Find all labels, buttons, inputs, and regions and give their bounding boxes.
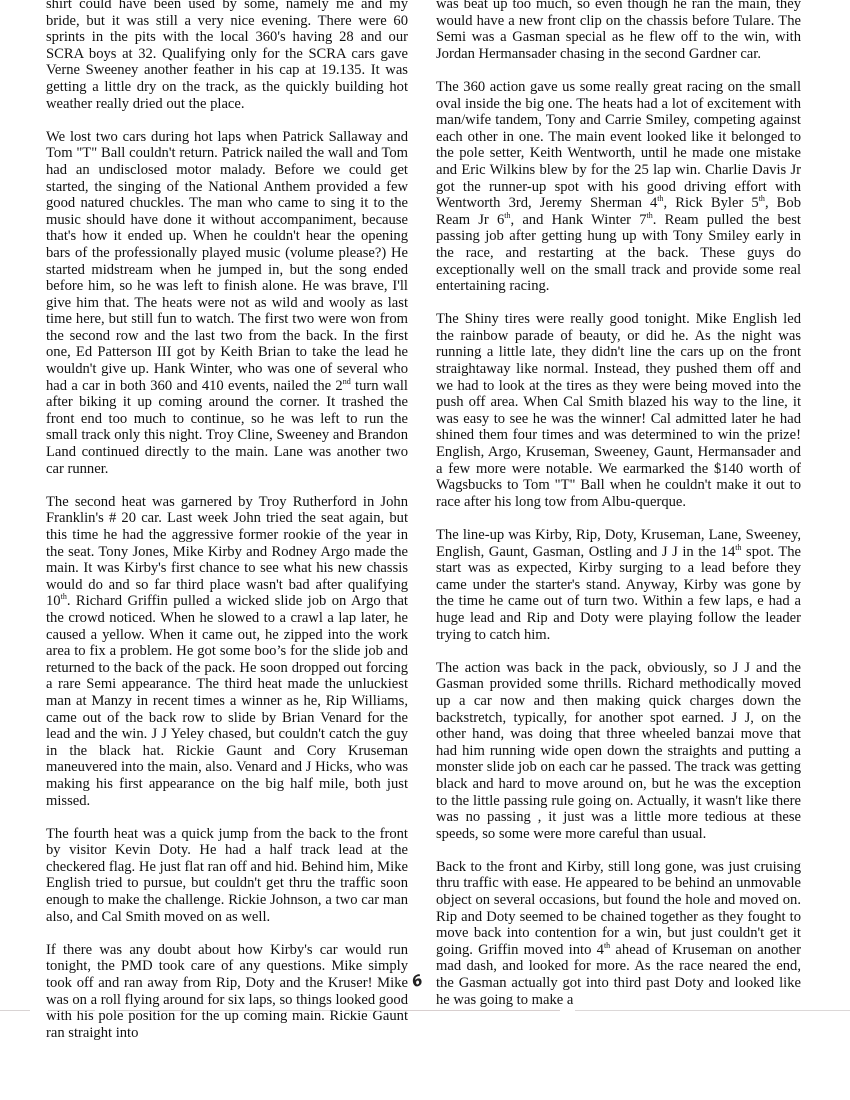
paragraph-text: The Shiny tires were really good tonight… [436,311,801,510]
document-page: shirt could have been used by some, name… [0,0,850,1100]
paragraph: The 360 action gave us some really great… [436,79,801,295]
paragraph-text: shirt could have been used by some, name… [46,0,408,112]
left-column: shirt could have been used by some, name… [46,0,408,1041]
scan-edge-line [0,1010,850,1011]
paragraph: was beat up too much, so even though he … [436,0,801,62]
paragraph: Back to the front and Kirby, still long … [436,859,801,1008]
paragraph-text: , Rick Byler 5 [664,195,759,211]
paragraph-text: The action was back in the pack, obvious… [436,660,801,842]
paragraph: The fourth heat was a quick jump from th… [46,826,408,926]
paragraph-text: . Richard Griffin pulled a wicked slide … [46,593,408,808]
paragraph-text: was beat up too much, so even though he … [436,0,801,62]
right-column: was beat up too much, so even though he … [436,0,801,1008]
paragraph: The line-up was Kirby, Rip, Doty, Krusem… [436,527,801,643]
paragraph: shirt could have been used by some, name… [46,0,408,112]
paragraph: We lost two cars during hot laps when Pa… [46,129,408,477]
paragraph: If there was any doubt about how Kirby's… [46,942,408,1042]
paragraph: The second heat was garnered by Troy Rut… [46,494,408,809]
paragraph-text: , and Hank Winter 7 [510,212,646,228]
paragraph-text: The 360 action gave us some really great… [436,79,801,211]
paragraph-text: We lost two cars during hot laps when Pa… [46,129,408,394]
paragraph: The action was back in the pack, obvious… [436,660,801,843]
page-number: 6 [409,971,425,991]
paragraph-text: If there was any doubt about how Kirby's… [46,942,408,1041]
ordinal-suffix: nd [343,377,351,386]
paragraph-text: The fourth heat was a quick jump from th… [46,826,408,925]
paragraph: The Shiny tires were really good tonight… [436,311,801,510]
